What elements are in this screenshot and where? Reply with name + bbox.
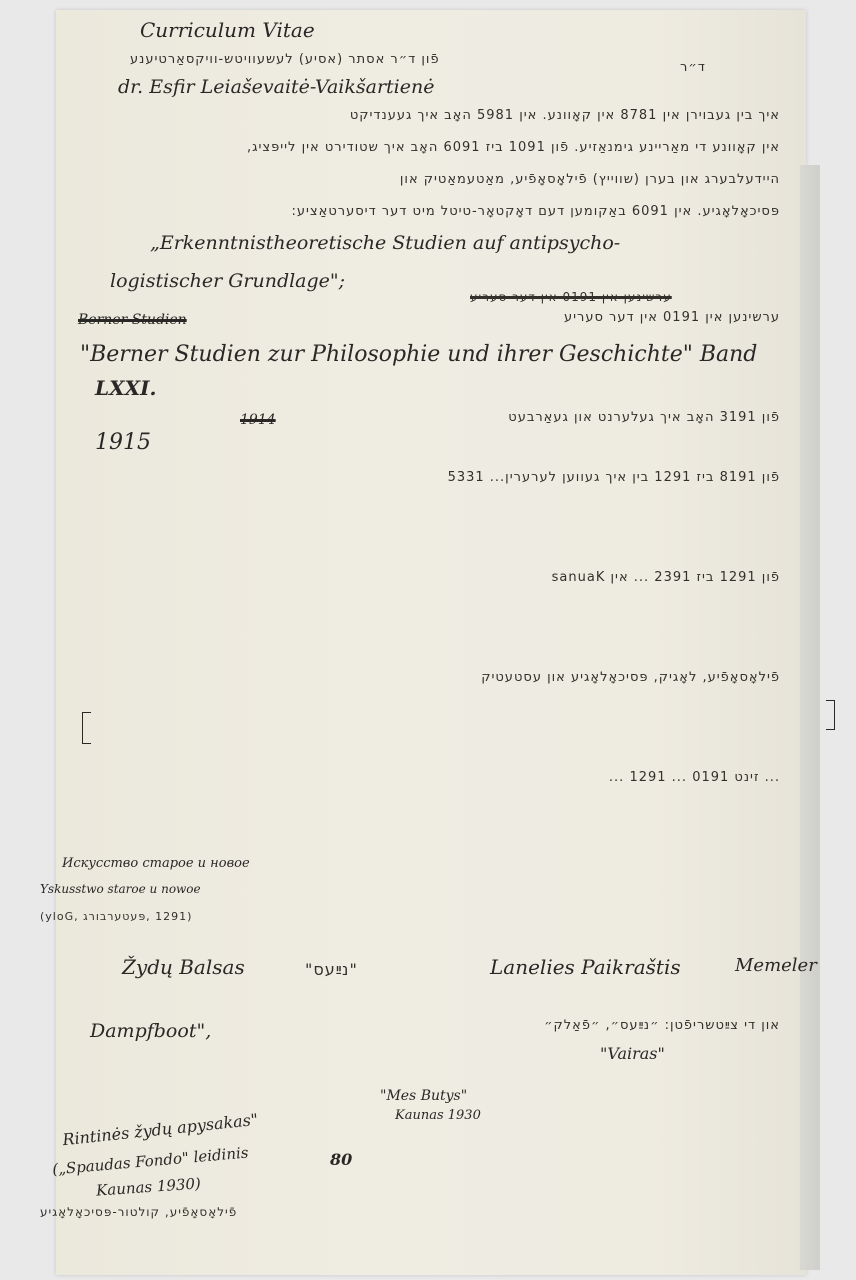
text-line: פּסיכאָלאָגיע. אין 1906 באַקומען דעם דאָ… [100, 204, 780, 219]
year-1915: 1915 [95, 430, 151, 455]
newspaper-naies: "נײַעס" [305, 960, 358, 979]
yiddish-header-line: פֿון ד״ר אסתר (אסיע) לעשעוויטש-וויקסאַרט… [130, 52, 440, 67]
newspaper-lanelies: Lanelies Paikraštis [490, 955, 681, 979]
journal-vairas: "Vairas" [600, 1044, 665, 1063]
bracket-right [826, 700, 835, 730]
text-line: פֿון 1918 ביז 1921 בין איך געווען לערערי… [180, 470, 780, 485]
paper-fold-edge [800, 165, 820, 1270]
text-line: פֿילאָסאָפֿיע, לאָגיק, פּסיכאָלאָגיע און… [100, 670, 780, 685]
count-80: 80 [330, 1150, 352, 1169]
publication-note: (1921 ,פּעטערבורג ,Goly) [40, 910, 192, 923]
struck-year: 1914 [240, 412, 276, 428]
text-line: פֿון 1921 ביז 1932 ... אין Kaunas [100, 570, 780, 585]
text-line: ערשינען אין 1910 אין דער סעריע [300, 310, 780, 325]
text-line: ... זינט 1910 ... 1921 ... [100, 770, 780, 785]
book-mes-butys-place: Kaunas 1930 [395, 1108, 481, 1123]
dissertation-title-1: „Erkenntnistheoretische Studien auf anti… [150, 232, 620, 254]
document-title: Curriculum Vitae [140, 18, 315, 42]
author-name: dr. Esfir Leiaševaitė-Vaikšartienė [118, 76, 434, 98]
series-title: "Berner Studien zur Philosophie und ihre… [80, 342, 757, 367]
newspaper-memeler: Memeler [735, 955, 817, 976]
dissertation-title-2: logistischer Grundlage"; [110, 270, 345, 292]
text-line: היידעלבערג און בערן (שווייץ) פֿילאָסאָפֿ… [100, 172, 780, 187]
top-right-mark: ד״ר [680, 60, 706, 75]
newspaper-dampfboot: Dampfboot", [90, 1020, 211, 1042]
text-line: אין קאָוונע די מאַריינע גימנאַזיע. פֿון … [90, 140, 780, 155]
volume-number: LXXI. [95, 376, 156, 400]
book-mes-butys: "Mes Butys" [380, 1088, 467, 1104]
text-line: פֿון 1913 האָב איך געלערנט און געאַרבעט [200, 410, 780, 425]
struck-series-name: Berner Studien [78, 312, 187, 328]
text-line: פֿילאָסאָפֿיע, קולטור-פּסיכאָלאָגיע [40, 1205, 237, 1219]
struck-line: ערשינען אין 1910 אין דער סעריע [470, 290, 672, 304]
manuscript-page [56, 10, 806, 1275]
text-line: איך בין געבוירן אין 1878 אין קאָוונע. אי… [140, 108, 780, 123]
newspaper-zydu-balsas: Žydų Balsas [122, 955, 245, 979]
transliterated-title: Yskusstwo staroe u nowoe [40, 882, 201, 896]
russian-title: Искусство старое и новое [62, 856, 250, 871]
text-line: און די צײַטשריפֿטן: ״נײַעס״, ״פֿאַלק״ [420, 1018, 780, 1033]
bracket-left [82, 712, 91, 744]
